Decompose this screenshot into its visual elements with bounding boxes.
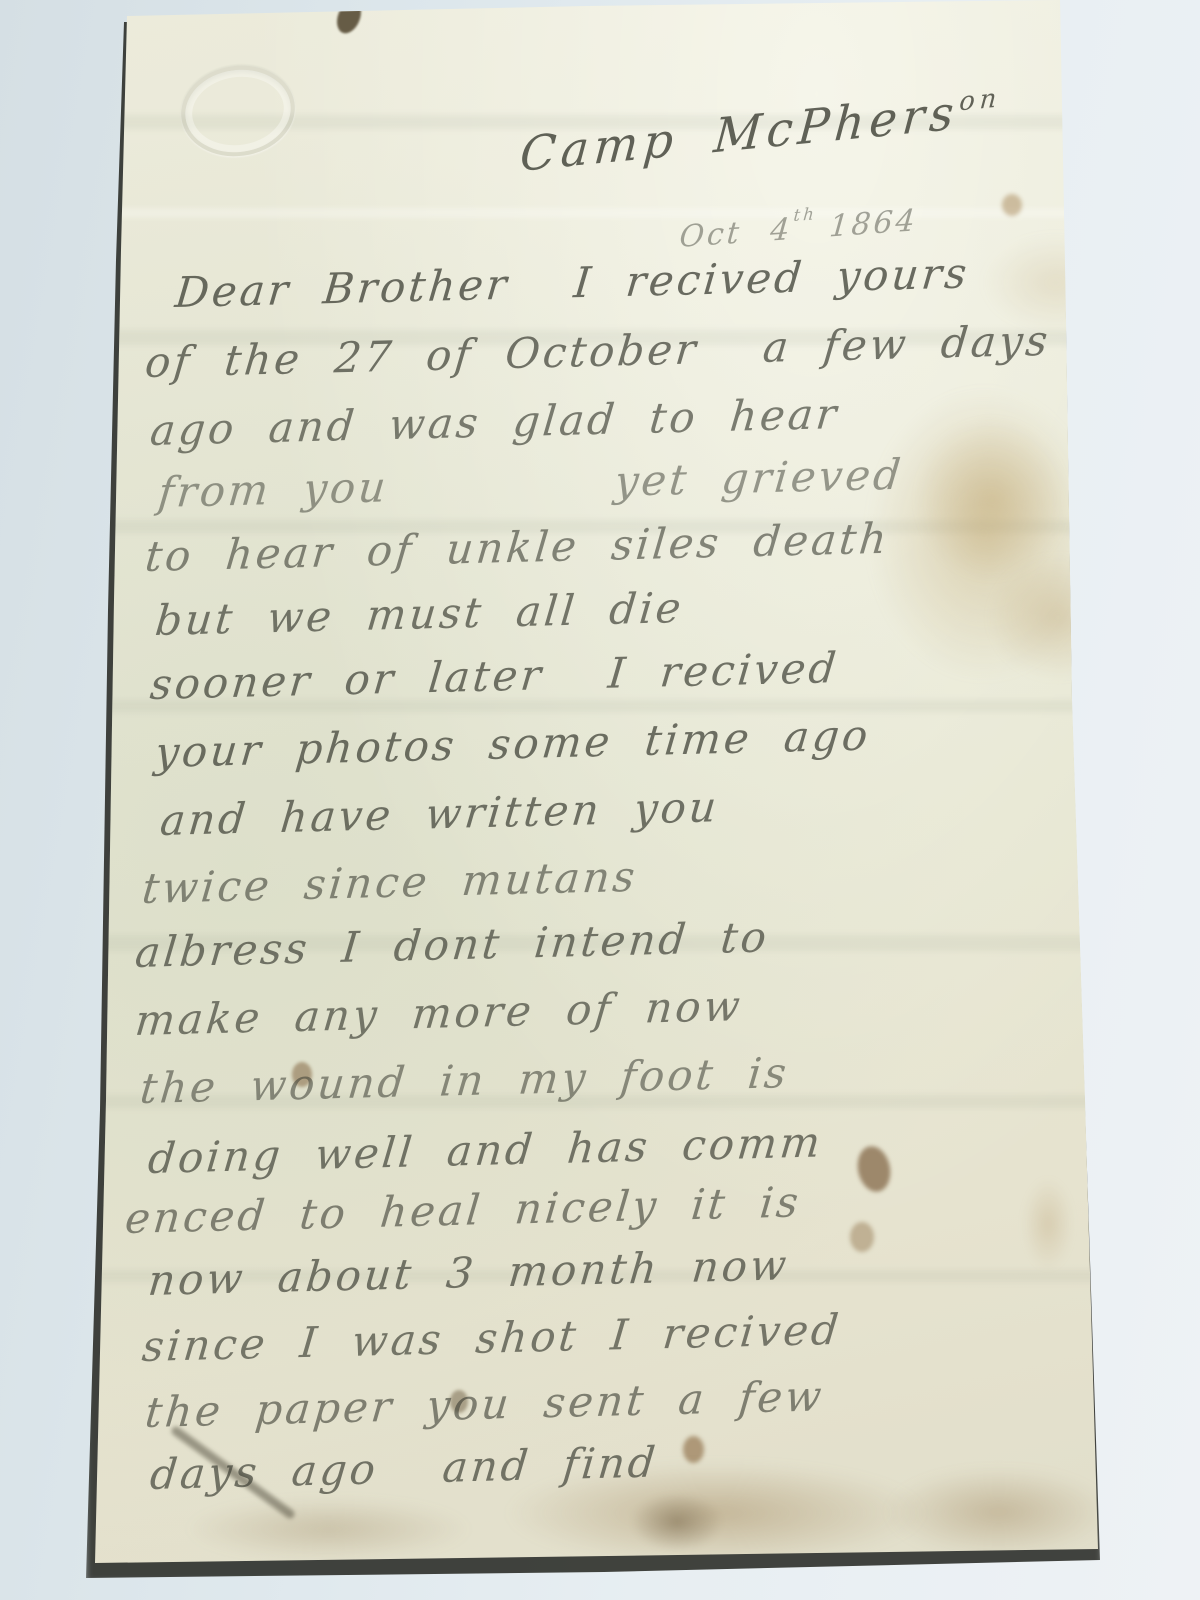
letter-heading-camp: Camp McPherson xyxy=(518,81,1003,183)
date-ordinal-superscript: th xyxy=(793,204,818,225)
letter-line: Dear Brother I recived yours xyxy=(173,248,972,317)
date-year-text: 1864 xyxy=(828,203,919,244)
stain xyxy=(850,1222,874,1252)
stain xyxy=(631,1493,723,1551)
embossed-seal xyxy=(175,59,300,164)
stain xyxy=(988,555,1128,680)
letter-line: since I was shot I recived xyxy=(140,1305,844,1371)
letter-line: doing well and has comm xyxy=(146,1117,825,1183)
letter-line: from you yet grieved xyxy=(156,450,906,517)
letter-line: albress I dont intend to xyxy=(133,912,771,977)
letter-line: of the 27 of October a few days xyxy=(143,316,1053,387)
stain xyxy=(1023,1178,1073,1270)
stain xyxy=(983,235,1128,330)
letter-line: enced to heal nicely it is xyxy=(123,1177,803,1243)
date-day-text: Oct 4 xyxy=(678,212,794,255)
ink-fleck-stain xyxy=(332,0,365,37)
camp-name-text: Camp McPhers xyxy=(518,85,961,183)
stain xyxy=(854,1143,895,1195)
letter-line: ago and was glad to hear xyxy=(148,389,842,455)
letter-photo: Camp McPherson Oct 4th1864 Dear Brother … xyxy=(0,0,1200,1600)
letter-line: now about 3 month now xyxy=(146,1240,792,1305)
letter-line: the paper you sent a few xyxy=(143,1371,827,1437)
letter-paper: Camp McPherson Oct 4th1864 Dear Brother … xyxy=(88,0,1100,1566)
paper-texture-band xyxy=(88,208,1100,218)
letter-line: your photos some time ago xyxy=(153,710,873,777)
stain xyxy=(886,1468,1111,1556)
stain xyxy=(186,1498,471,1560)
camp-superscript: on xyxy=(958,83,1002,117)
letter-line: and have written you xyxy=(158,782,722,845)
stain xyxy=(683,1436,704,1463)
letter-line: but we must all die xyxy=(153,583,686,645)
letter-line: make any more of now xyxy=(133,981,745,1045)
letter-line: twice since mutans xyxy=(140,852,640,913)
stain xyxy=(1002,194,1022,216)
